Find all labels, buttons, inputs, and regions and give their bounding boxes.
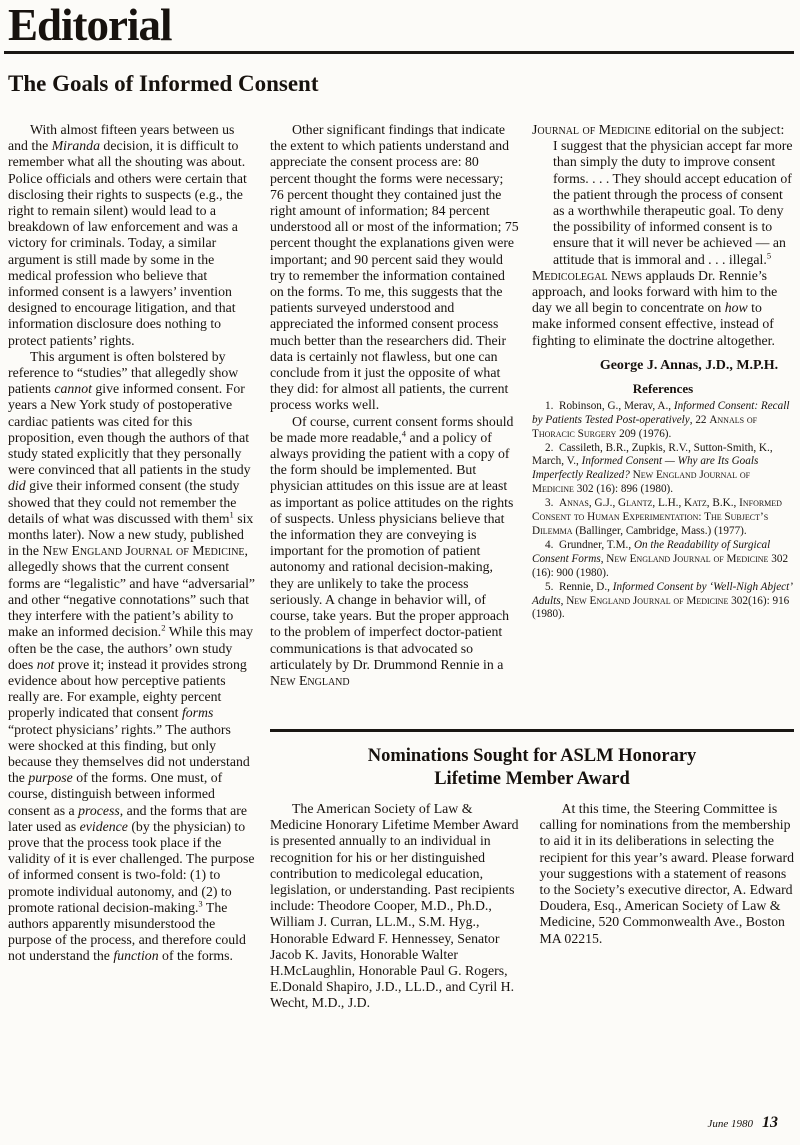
- block-quote: I suggest that the physician accept far …: [553, 138, 794, 268]
- reference-entry: 1. Robinson, G., Merav, A., Informed Con…: [532, 400, 794, 442]
- footer-issue-date: June 1980: [707, 1118, 753, 1130]
- article-columns: With almost fifteen years between us and…: [8, 122, 794, 1012]
- article-paragraph: Journal of Medicine editorial on the sub…: [532, 122, 794, 138]
- reference-entry: 4. Grundner, T.M., On the Readability of…: [532, 539, 794, 581]
- reference-entry: 3. Annas, G.J., Glantz, L.H., Katz, B.K.…: [532, 497, 794, 539]
- article-paragraph: With almost fifteen years between us and…: [8, 122, 257, 349]
- article-column-3: Journal of Medicine editorial on the sub…: [532, 122, 794, 722]
- announcement-title: Nominations Sought for ASLM Honorary Lif…: [270, 745, 794, 790]
- section-masthead: Editorial: [8, 0, 794, 50]
- article-paragraph: Other significant findings that indicate…: [270, 122, 520, 414]
- section-divider-rule: [270, 729, 794, 732]
- references-list: 1. Robinson, G., Merav, A., Informed Con…: [532, 400, 794, 623]
- article-paragraph: Medicolegal News applauds Dr. Rennie’s a…: [532, 268, 794, 349]
- announcement-section: Nominations Sought for ASLM Honorary Lif…: [270, 745, 794, 1012]
- author-byline: George J. Annas, J.D., M.P.H.: [532, 358, 794, 374]
- announcement-paragraph-left: The American Society of Law & Medicine H…: [270, 801, 525, 1012]
- article-paragraph: This argument is often bolstered by refe…: [8, 349, 257, 965]
- article-columns-2-3: Other significant findings that indicate…: [270, 122, 794, 722]
- right-content-area: Other significant findings that indicate…: [270, 122, 794, 1012]
- reference-entry: 2. Cassileth, B.R., Zupkis, R.V., Sutton…: [532, 442, 794, 498]
- article-paragraph: Of course, current consent forms should …: [270, 414, 520, 689]
- page-footer: June 198013: [707, 1114, 778, 1132]
- masthead-rule: [4, 51, 794, 54]
- announcement-columns: The American Society of Law & Medicine H…: [270, 801, 794, 1012]
- announcement-title-line2: Lifetime Member Award: [270, 768, 794, 791]
- article-column-1: With almost fifteen years between us and…: [8, 122, 257, 1012]
- article-title: The Goals of Informed Consent: [8, 71, 794, 97]
- references-heading: References: [532, 381, 794, 397]
- journal-page: Editorial The Goals of Informed Consent …: [0, 0, 800, 1145]
- announcement-paragraph-right: At this time, the Steering Committee is …: [540, 801, 795, 1012]
- footer-page-number: 13: [762, 1114, 778, 1131]
- article-column-2: Other significant findings that indicate…: [270, 122, 520, 722]
- reference-entry: 5. Rennie, D., Informed Consent by ‘Well…: [532, 581, 794, 623]
- announcement-title-line1: Nominations Sought for ASLM Honorary: [270, 745, 794, 768]
